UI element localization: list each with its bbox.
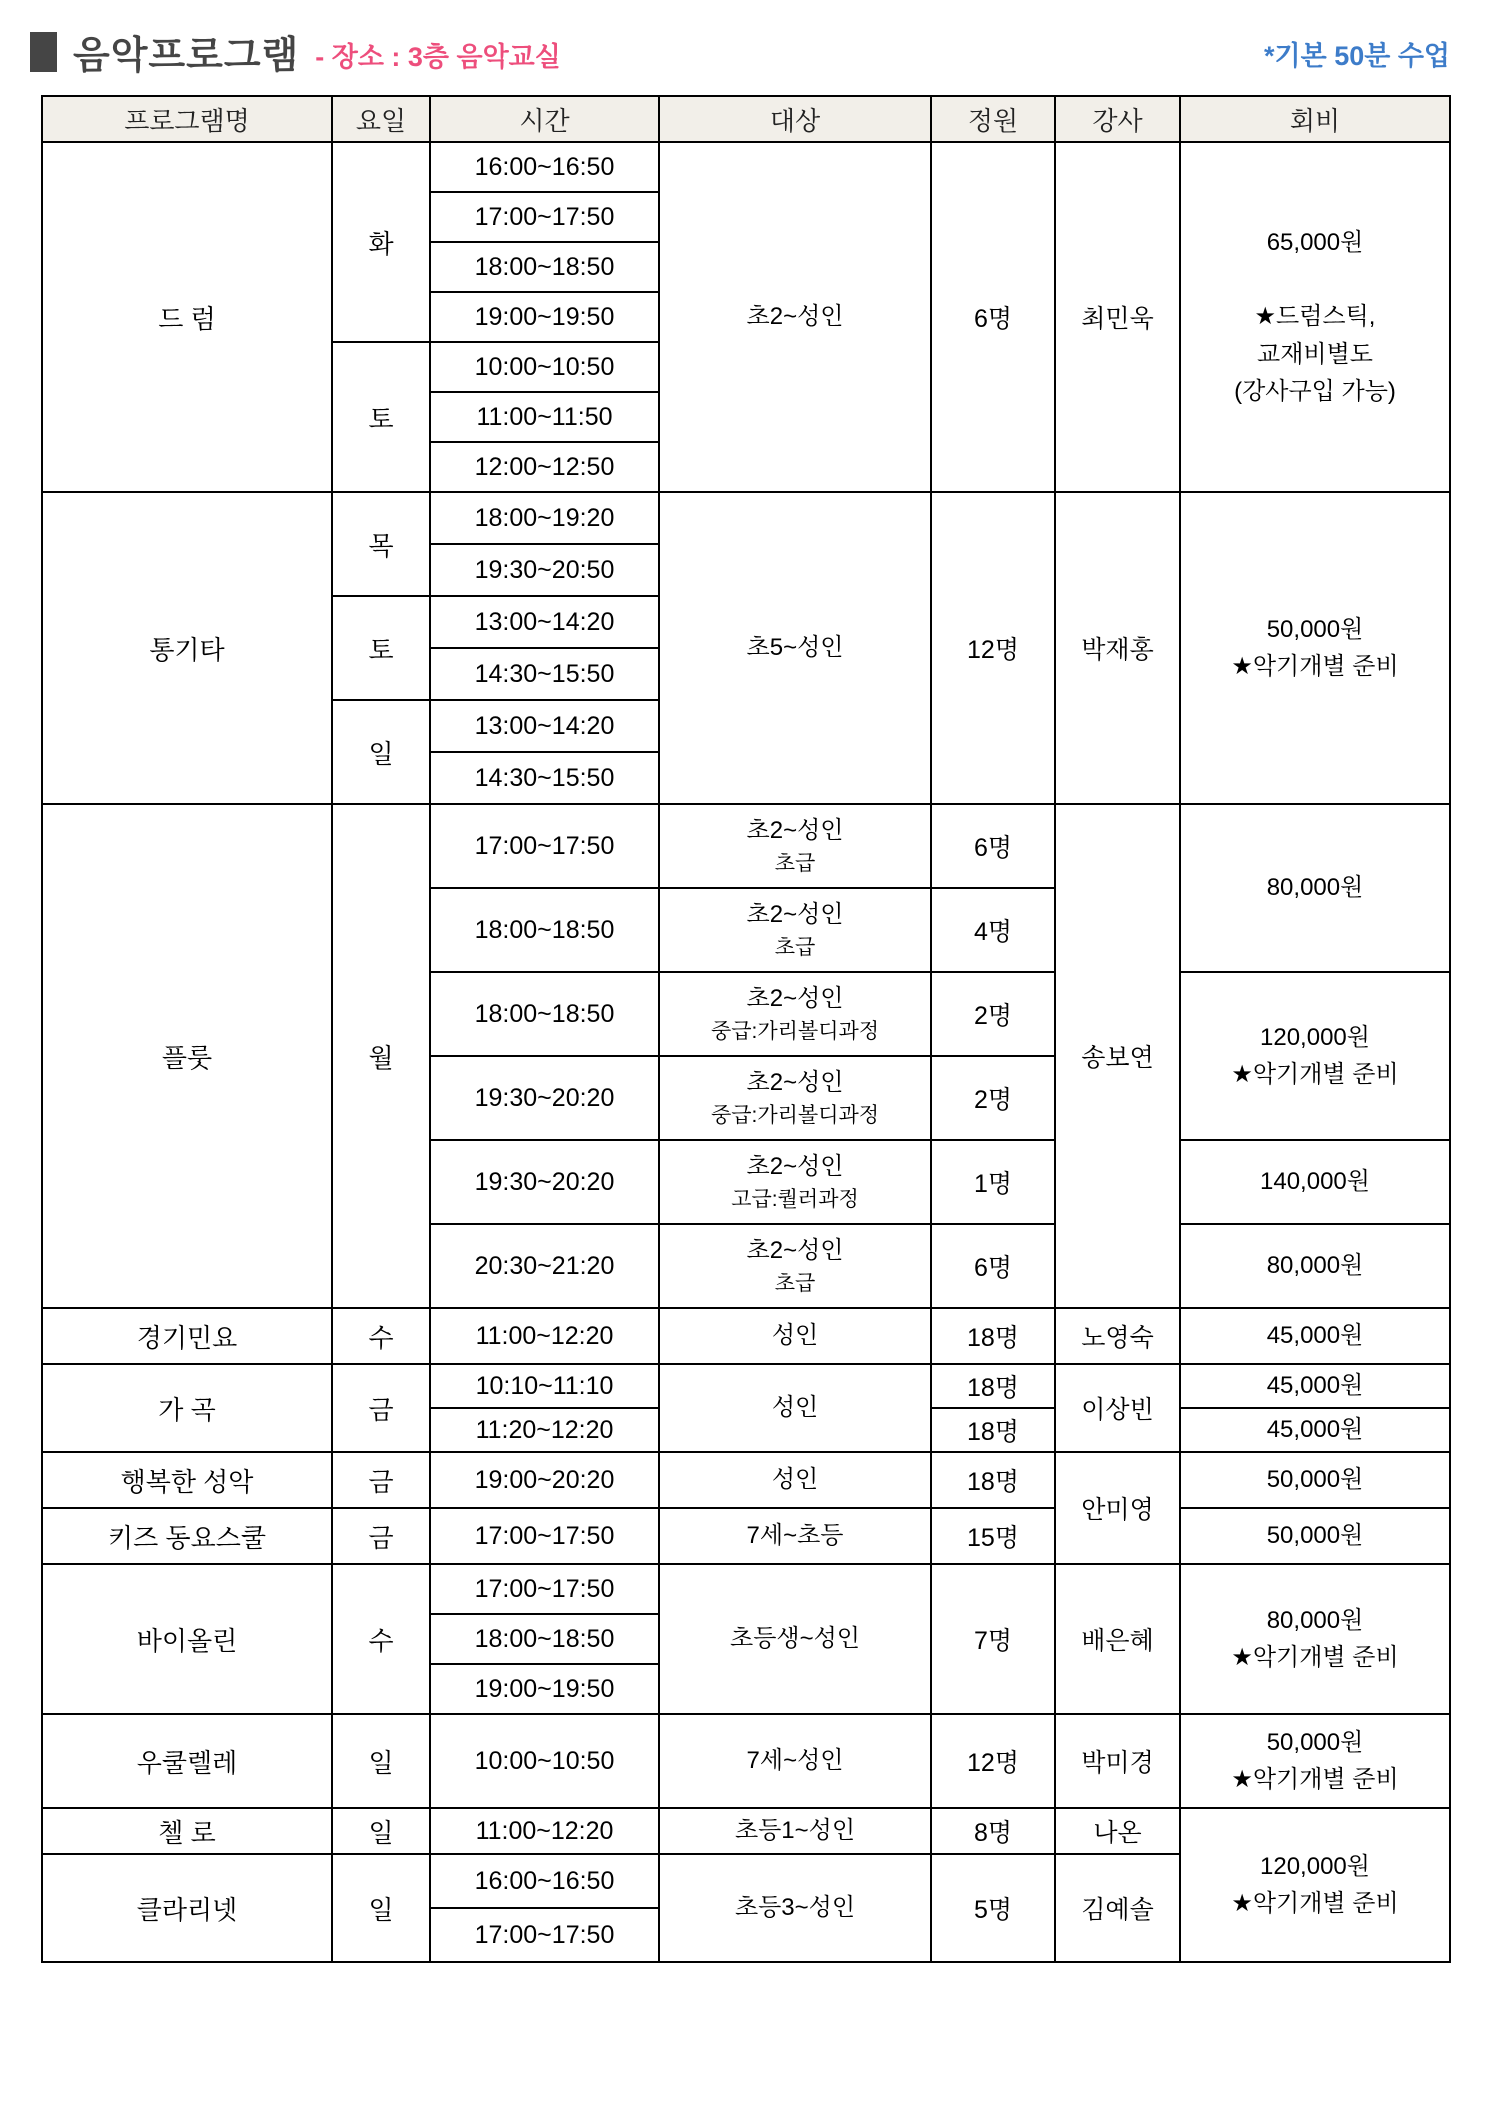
day-cell-flute: 월 — [332, 804, 430, 1308]
col-header-day: 요일 — [332, 96, 430, 142]
time-cell: 11:00~11:50 — [430, 392, 659, 442]
capacity-cell: 18명 — [931, 1364, 1055, 1408]
table-row: 바이올린 수 17:00~17:50 초등생~성인 7명 배은혜 80,000원… — [42, 1564, 1450, 1614]
program-name-vocal: 행복한 성악 — [42, 1452, 332, 1508]
instructor-cell-minyo: 노영숙 — [1055, 1308, 1180, 1364]
table-row: 우쿨렐레 일 10:00~10:50 7세~성인 12명 박미경 50,000원… — [42, 1714, 1450, 1808]
time-cell: 13:00~14:20 — [430, 700, 659, 752]
fee-cell: 45,000원 — [1180, 1408, 1450, 1452]
target-cell: 초2~성인초급 — [659, 804, 931, 888]
time-cell: 17:00~17:50 — [430, 1564, 659, 1614]
target-level: 초급 — [662, 933, 928, 962]
target-cell: 초2~성인고급:퀄러과정 — [659, 1140, 931, 1224]
day-cell-guitar-sat: 토 — [332, 596, 430, 700]
target-level: 초급 — [662, 849, 928, 878]
program-name-gagok: 가 곡 — [42, 1364, 332, 1452]
fee-cell-flute-beginner: 80,000원 — [1180, 804, 1450, 972]
fee-cell-minyo: 45,000원 — [1180, 1308, 1450, 1364]
day-cell-kids: 금 — [332, 1508, 430, 1564]
time-cell: 16:00~16:50 — [430, 1854, 659, 1908]
time-cell: 17:00~17:50 — [430, 804, 659, 888]
time-cell: 11:00~12:20 — [430, 1308, 659, 1364]
time-cell: 19:00~19:50 — [430, 292, 659, 342]
fee-cell-drum: 65,000원 ★드럼스틱, 교재비별도 (강사구입 가능) — [1180, 142, 1450, 492]
target-cell-guitar: 초5~성인 — [659, 492, 931, 804]
program-name-clarinet: 클라리넷 — [42, 1854, 332, 1962]
fee-cell-kids: 50,000원 — [1180, 1508, 1450, 1564]
time-cell: 10:00~10:50 — [430, 1714, 659, 1808]
time-cell: 18:00~19:20 — [430, 492, 659, 544]
page-title: 음악프로그램 — [73, 24, 299, 79]
fee-cell-ukulele: 50,000원 ★악기개별 준비 — [1180, 1714, 1450, 1808]
program-name-cello: 첼 로 — [42, 1808, 332, 1854]
target-cell-clarinet: 초등3~성인 — [659, 1854, 931, 1962]
col-header-program: 프로그램명 — [42, 96, 332, 142]
table-row: 첼 로 일 11:00~12:20 초등1~성인 8명 나온 120,000원 … — [42, 1808, 1450, 1854]
time-cell: 18:00~18:50 — [430, 888, 659, 972]
fee-cell-violin: 80,000원 ★악기개별 준비 — [1180, 1564, 1450, 1714]
fee-cell-vocal: 50,000원 — [1180, 1452, 1450, 1508]
time-cell: 18:00~18:50 — [430, 242, 659, 292]
fee-cell-guitar: 50,000원 ★악기개별 준비 — [1180, 492, 1450, 804]
day-cell-vocal: 금 — [332, 1452, 430, 1508]
day-cell-drum-sat: 토 — [332, 342, 430, 492]
time-cell: 17:00~17:50 — [430, 192, 659, 242]
instructor-cell-cello: 나온 — [1055, 1808, 1180, 1854]
target-cell: 초2~성인중급:가리볼디과정 — [659, 972, 931, 1056]
instructor-cell-clarinet: 김예솔 — [1055, 1854, 1180, 1962]
capacity-cell: 6명 — [931, 804, 1055, 888]
program-name-guitar: 통기타 — [42, 492, 332, 804]
capacity-cell: 1명 — [931, 1140, 1055, 1224]
title-square-bullet — [30, 32, 57, 72]
col-header-target: 대상 — [659, 96, 931, 142]
capacity-cell-kids: 15명 — [931, 1508, 1055, 1564]
instructor-cell-flute: 송보연 — [1055, 804, 1180, 1308]
target-range: 초2~성인 — [747, 817, 844, 844]
instructor-cell-violin: 배은혜 — [1055, 1564, 1180, 1714]
col-header-fee: 회비 — [1180, 96, 1450, 142]
target-cell-cello: 초등1~성인 — [659, 1808, 931, 1854]
col-header-instructor: 강사 — [1055, 96, 1180, 142]
table-row: 키즈 동요스쿨 금 17:00~17:50 7세~초등 15명 50,000원 — [42, 1508, 1450, 1564]
time-cell: 14:30~15:50 — [430, 752, 659, 804]
target-range: 초2~성인 — [747, 1069, 844, 1096]
fee-cell-flute-advanced: 140,000원 — [1180, 1140, 1450, 1224]
target-cell: 초2~성인초급 — [659, 1224, 931, 1308]
time-cell: 19:30~20:50 — [430, 544, 659, 596]
time-cell: 12:00~12:50 — [430, 442, 659, 492]
time-cell: 11:00~12:20 — [430, 1808, 659, 1854]
capacity-cell-ukulele: 12명 — [931, 1714, 1055, 1808]
time-cell: 10:00~10:50 — [430, 342, 659, 392]
table-row: 드 럼 화 16:00~16:50 초2~성인 6명 최민욱 65,000원 ★… — [42, 142, 1450, 192]
capacity-cell-violin: 7명 — [931, 1564, 1055, 1714]
target-level: 중급:가리볼디과정 — [662, 1101, 928, 1130]
time-cell: 16:00~16:50 — [430, 142, 659, 192]
program-name-minyo: 경기민요 — [42, 1308, 332, 1364]
col-header-capacity: 정원 — [931, 96, 1055, 142]
table-row: 통기타 목 18:00~19:20 초5~성인 12명 박재홍 50,000원 … — [42, 492, 1450, 544]
capacity-cell-cello: 8명 — [931, 1808, 1055, 1854]
target-range: 초2~성인 — [747, 985, 844, 1012]
target-range: 초2~성인 — [747, 901, 844, 928]
location-subtitle: - 장소 : 3층 음악교실 — [315, 29, 561, 74]
program-name-kids: 키즈 동요스쿨 — [42, 1508, 332, 1564]
time-cell: 17:00~17:50 — [430, 1908, 659, 1962]
target-cell-gagok: 성인 — [659, 1364, 931, 1452]
time-cell: 20:30~21:20 — [430, 1224, 659, 1308]
time-cell: 17:00~17:50 — [430, 1508, 659, 1564]
header-row: 프로그램명 요일 시간 대상 정원 강사 회비 — [42, 96, 1450, 142]
time-cell: 19:30~20:20 — [430, 1056, 659, 1140]
instructor-cell-ukulele: 박미경 — [1055, 1714, 1180, 1808]
day-cell-guitar-thu: 목 — [332, 492, 430, 596]
target-cell-minyo: 성인 — [659, 1308, 931, 1364]
target-level: 중급:가리볼디과정 — [662, 1017, 928, 1046]
program-name-ukulele: 우쿨렐레 — [42, 1714, 332, 1808]
day-cell-ukulele: 일 — [332, 1714, 430, 1808]
time-cell: 19:00~19:50 — [430, 1664, 659, 1714]
time-cell: 19:30~20:20 — [430, 1140, 659, 1224]
day-cell-violin: 수 — [332, 1564, 430, 1714]
fee-cell-flute-beginner-late: 80,000원 — [1180, 1224, 1450, 1308]
table-row: 플룻 월 17:00~17:50 초2~성인초급 6명 송보연 80,000원 — [42, 804, 1450, 888]
table-row: 가 곡 금 10:10~11:10 성인 18명 이상빈 45,000원 — [42, 1364, 1450, 1408]
time-cell: 18:00~18:50 — [430, 1614, 659, 1664]
title-bar: 음악프로그램 - 장소 : 3층 음악교실 *기본 50분 수업 — [30, 24, 1450, 79]
time-cell: 18:00~18:50 — [430, 972, 659, 1056]
capacity-cell-minyo: 18명 — [931, 1308, 1055, 1364]
day-cell-gagok: 금 — [332, 1364, 430, 1452]
day-cell-minyo: 수 — [332, 1308, 430, 1364]
capacity-cell: 18명 — [931, 1408, 1055, 1452]
capacity-cell: 2명 — [931, 972, 1055, 1056]
day-cell-drum-tue: 화 — [332, 142, 430, 342]
time-cell: 11:20~12:20 — [430, 1408, 659, 1452]
fee-cell-cello-clarinet: 120,000원 ★악기개별 준비 — [1180, 1808, 1450, 1962]
target-cell-drum: 초2~성인 — [659, 142, 931, 492]
target-cell-vocal: 성인 — [659, 1452, 931, 1508]
program-name-violin: 바이올린 — [42, 1564, 332, 1714]
fee-cell: 45,000원 — [1180, 1364, 1450, 1408]
instructor-cell-drum: 최민욱 — [1055, 142, 1180, 492]
music-program-sheet: 음악프로그램 - 장소 : 3층 음악교실 *기본 50분 수업 프로그램명 요… — [0, 0, 1488, 2105]
target-cell: 초2~성인중급:가리볼디과정 — [659, 1056, 931, 1140]
target-level: 초급 — [662, 1269, 928, 1298]
day-cell-clarinet: 일 — [332, 1854, 430, 1962]
program-name-drum: 드 럼 — [42, 142, 332, 492]
fee-cell-flute-intermediate: 120,000원 ★악기개별 준비 — [1180, 972, 1450, 1140]
table-row: 행복한 성악 금 19:00~20:20 성인 18명 안미영 50,000원 — [42, 1452, 1450, 1508]
capacity-cell-clarinet: 5명 — [931, 1854, 1055, 1962]
program-name-flute: 플룻 — [42, 804, 332, 1308]
capacity-cell-vocal: 18명 — [931, 1452, 1055, 1508]
capacity-cell: 4명 — [931, 888, 1055, 972]
time-cell: 10:10~11:10 — [430, 1364, 659, 1408]
target-range: 초2~성인 — [747, 1153, 844, 1180]
time-cell: 14:30~15:50 — [430, 648, 659, 700]
target-range: 초2~성인 — [747, 1237, 844, 1264]
duration-note: *기본 50분 수업 — [1264, 30, 1450, 73]
target-cell-ukulele: 7세~성인 — [659, 1714, 931, 1808]
instructor-cell-guitar: 박재홍 — [1055, 492, 1180, 804]
target-cell-violin: 초등생~성인 — [659, 1564, 931, 1714]
music-program-table: 프로그램명 요일 시간 대상 정원 강사 회비 드 럼 화 16:00~16:5… — [41, 95, 1451, 1963]
day-cell-cello: 일 — [332, 1808, 430, 1854]
capacity-cell: 6명 — [931, 1224, 1055, 1308]
table-row: 경기민요 수 11:00~12:20 성인 18명 노영숙 45,000원 — [42, 1308, 1450, 1364]
target-cell-kids: 7세~초등 — [659, 1508, 931, 1564]
capacity-cell: 2명 — [931, 1056, 1055, 1140]
capacity-cell-drum: 6명 — [931, 142, 1055, 492]
col-header-time: 시간 — [430, 96, 659, 142]
target-cell: 초2~성인초급 — [659, 888, 931, 972]
day-cell-guitar-sun: 일 — [332, 700, 430, 804]
time-cell: 13:00~14:20 — [430, 596, 659, 648]
time-cell: 19:00~20:20 — [430, 1452, 659, 1508]
capacity-cell-guitar: 12명 — [931, 492, 1055, 804]
instructor-cell-gagok: 이상빈 — [1055, 1364, 1180, 1452]
instructor-cell-vocal-kids: 안미영 — [1055, 1452, 1180, 1564]
target-level: 고급:퀄러과정 — [662, 1185, 928, 1214]
